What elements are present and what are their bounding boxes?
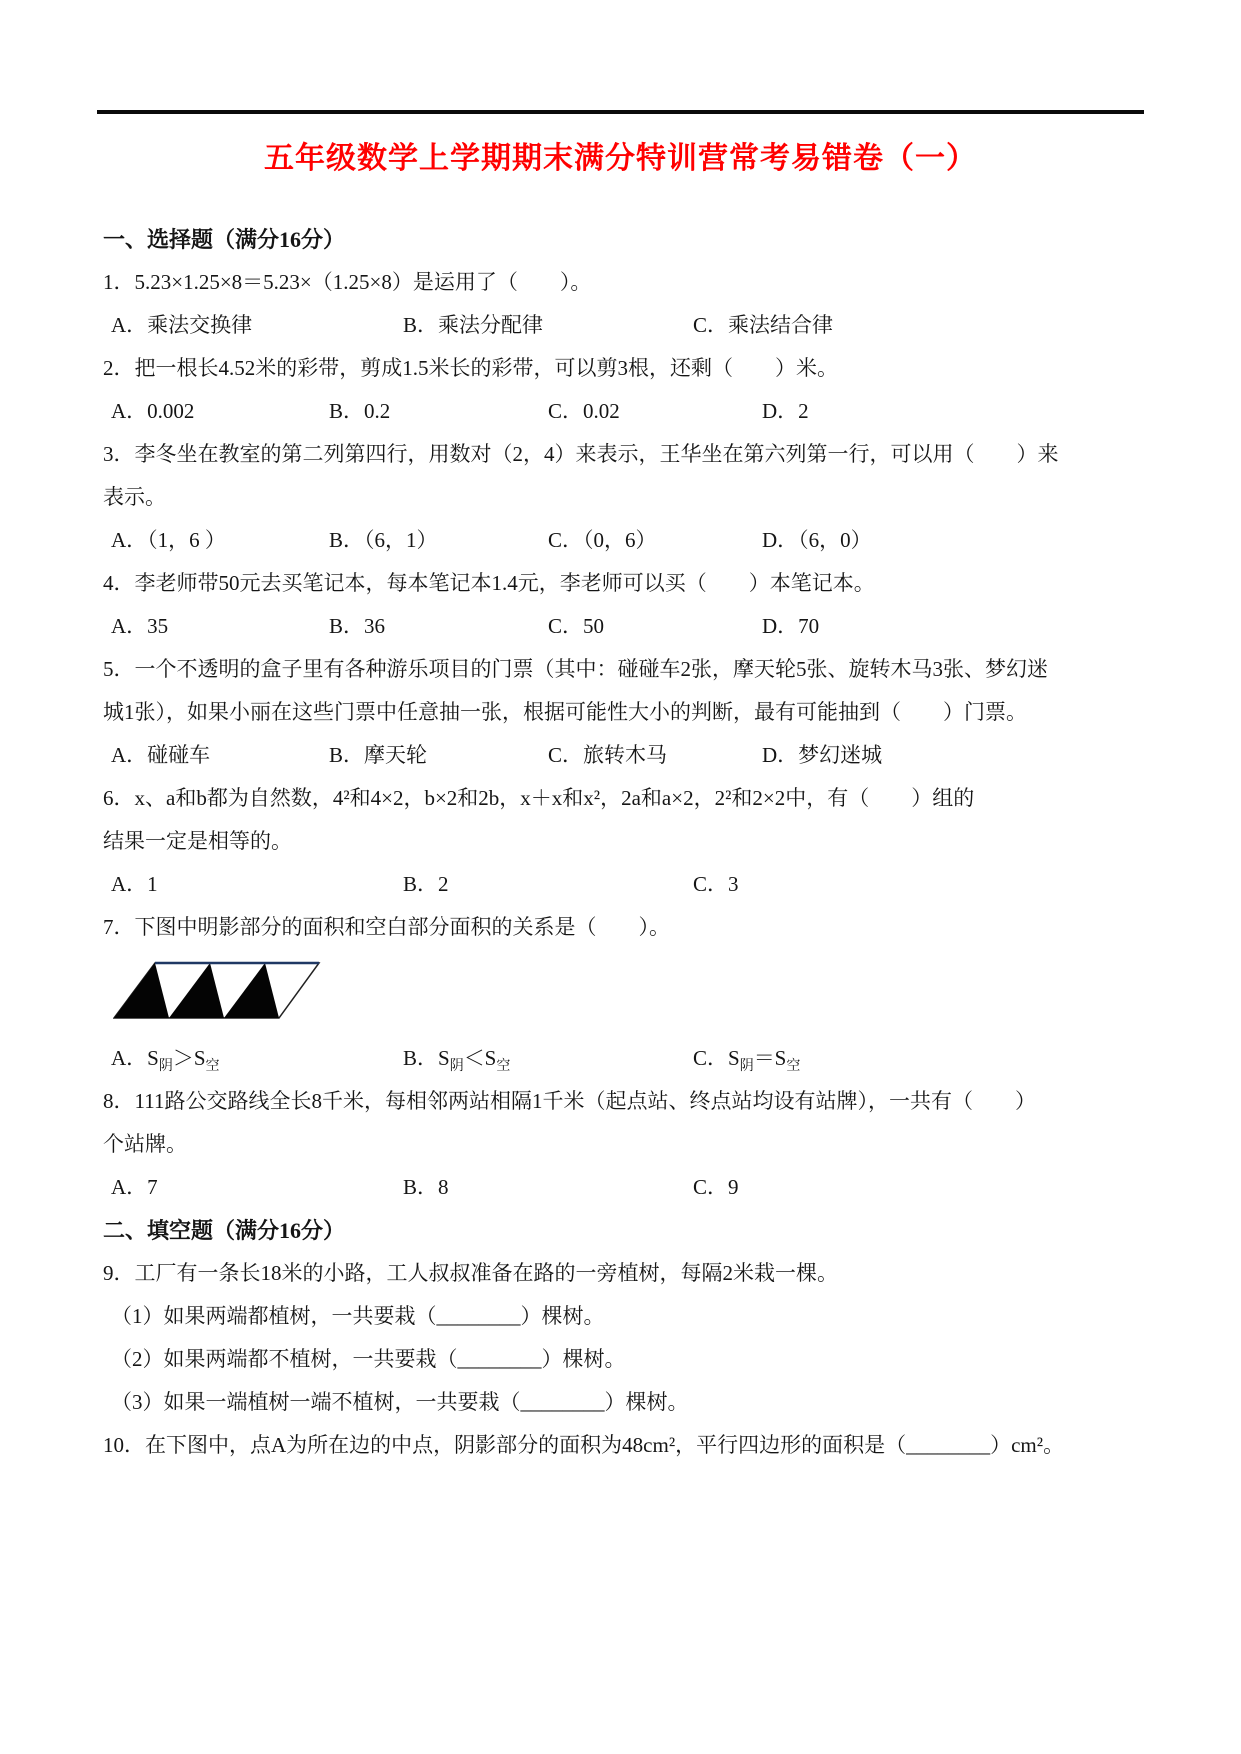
question-5-text-line1: 5．一个不透明的盒子里有各种游乐项目的门票（其中：碰碰车2张，摩天轮5张、旋转木… (103, 648, 1145, 691)
q7c-base: C．S (693, 1046, 740, 1070)
q7b-base: B．S (403, 1046, 450, 1070)
q7a-base: A．S (111, 1046, 159, 1070)
question-9-sub-2: （2）如果两端都不植树，一共要栽（________）棵树。 (103, 1338, 1145, 1381)
q2-option-b: B．0.2 (329, 390, 390, 433)
q3-option-d: D．（6，0） (762, 519, 872, 562)
q3-option-a: A．（1，6 ） (111, 519, 226, 562)
q7-option-c: C．S阴＝S空 (693, 1037, 800, 1083)
q6-option-b: B．2 (403, 863, 449, 906)
q7a-subscript-kong: 空 (206, 1059, 220, 1074)
question-9-sub-3: （3）如果一端植树一端不植树，一共要栽（________）棵树。 (103, 1381, 1145, 1424)
question-7-options: A．S阴＞S空 B．S阴＜S空 C．S阴＝S空 (103, 1037, 1145, 1080)
question-7-text: 7．下图中明影部分的面积和空白部分面积的关系是（ ）。 (103, 906, 1145, 949)
question-5-text-line2: 城1张），如果小丽在这些门票中任意抽一张，根据可能性大小的判断，最有可能抽到（ … (103, 691, 1145, 734)
question-3-text-line2: 表示。 (103, 476, 1145, 519)
question-6-text-line2: 结果一定是相等的。 (103, 820, 1145, 863)
q2-option-a: A．0.002 (111, 390, 194, 433)
q5-option-a: A．碰碰车 (111, 734, 210, 777)
question-6-options: A．1 B．2 C．3 (103, 863, 1145, 906)
q7c-subscript-yin: 阴 (740, 1059, 754, 1074)
q4-option-a: A．35 (111, 605, 168, 648)
q7-figure-block (103, 949, 1145, 1037)
q1-option-a: A．乘法交换律 (111, 304, 252, 347)
q1-option-c: C．乘法结合律 (693, 304, 833, 347)
section-1-heading: 一、选择题（满分16分） (103, 218, 1145, 261)
q6-option-a: A．1 (111, 863, 158, 906)
q2-option-c: C．0.02 (548, 390, 620, 433)
q4-option-c: C．50 (548, 605, 604, 648)
question-1-text: 1．5.23×1.25×8＝5.23×（1.25×8）是运用了（ ）。 (103, 261, 1145, 304)
q5-option-d: D．梦幻迷城 (762, 734, 882, 777)
q5-option-b: B．摩天轮 (329, 734, 427, 777)
q8-option-b: B．8 (403, 1166, 449, 1209)
q4-option-b: B．36 (329, 605, 385, 648)
q7a-subscript-yin: 阴 (159, 1059, 173, 1074)
q7c-operator: ＝S (754, 1046, 787, 1070)
question-6-text-line1: 6．x、a和b都为自然数，4²和4×2，b×2和2b，x＋x和x²，2a和a×2… (103, 777, 1145, 820)
q6-option-c: C．3 (693, 863, 739, 906)
q3-option-b: B．（6，1） (329, 519, 438, 562)
q8-option-c: C．9 (693, 1166, 739, 1209)
exam-body: 一、选择题（满分16分） 1．5.23×1.25×8＝5.23×（1.25×8）… (103, 218, 1145, 1467)
top-rule (97, 110, 1144, 114)
question-2-options: A．0.002 B．0.2 C．0.02 D．2 (103, 390, 1145, 433)
q8-option-a: A．7 (111, 1166, 158, 1209)
question-3-text-line1: 3．李冬坐在教室的第二列第四行，用数对（2，4）来表示，王华坐在第六列第一行，可… (103, 433, 1145, 476)
q7a-operator: ＞S (173, 1046, 206, 1070)
q7-option-b: B．S阴＜S空 (403, 1037, 510, 1083)
question-9-sub-1: （1）如果两端都植树，一共要栽（________）棵树。 (103, 1295, 1145, 1338)
q7-option-a: A．S阴＞S空 (111, 1037, 220, 1083)
section-2-heading: 二、填空题（满分16分） (103, 1209, 1145, 1252)
page-title: 五年级数学上学期期末满分特训营常考易错卷（一） (0, 138, 1241, 180)
q7b-subscript-yin: 阴 (450, 1059, 464, 1074)
q1-option-b: B．乘法分配律 (403, 304, 543, 347)
shaded-parallelogram-figure (113, 961, 323, 1021)
question-4-options: A．35 B．36 C．50 D．70 (103, 605, 1145, 648)
question-2-text: 2．把一根长4.52米的彩带，剪成1.5米长的彩带，可以剪3根，还剩（ ）米。 (103, 347, 1145, 390)
q5-option-c: C．旅转木马 (548, 734, 667, 777)
q4-option-d: D．70 (762, 605, 819, 648)
question-8-options: A．7 B．8 C．9 (103, 1166, 1145, 1209)
question-10-text: 10．在下图中，点A为所在边的中点，阴影部分的面积为48cm²，平行四边形的面积… (103, 1424, 1145, 1467)
q3-option-c: C．（0，6） (548, 519, 657, 562)
question-8-text-line1: 8．111路公交路线全长8千米，每相邻两站相隔1千米（起点站、终点站均设有站牌）… (103, 1080, 1145, 1123)
question-1-options: A．乘法交换律 B．乘法分配律 C．乘法结合律 (103, 304, 1145, 347)
q7b-subscript-kong: 空 (496, 1059, 510, 1074)
question-3-options: A．（1，6 ） B．（6，1） C．（0，6） D．（6，0） (103, 519, 1145, 562)
question-4-text: 4．李老师带50元去买笔记本，每本笔记本1.4元，李老师可以买（ ）本笔记本。 (103, 562, 1145, 605)
question-5-options: A．碰碰车 B．摩天轮 C．旅转木马 D．梦幻迷城 (103, 734, 1145, 777)
q7c-subscript-kong: 空 (786, 1059, 800, 1074)
q7b-operator: ＜S (464, 1046, 497, 1070)
question-9-text: 9．工厂有一条长18米的小路，工人叔叔准备在路的一旁植树，每隔2米栽一棵。 (103, 1252, 1145, 1295)
q2-option-d: D．2 (762, 390, 809, 433)
question-8-text-line2: 个站牌。 (103, 1123, 1145, 1166)
